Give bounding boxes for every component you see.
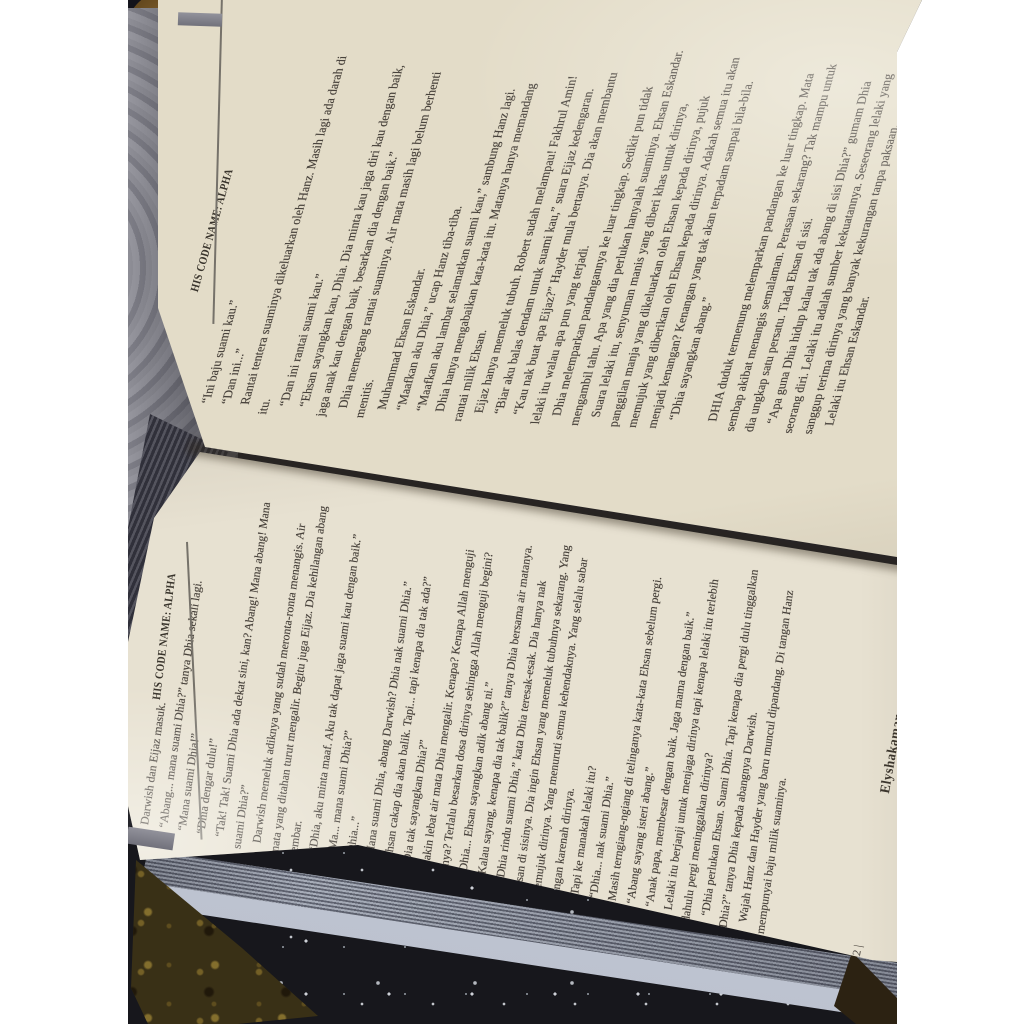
- right-page-edge-tab: [178, 12, 222, 27]
- right-page-header-title: HIS CODE NAME: ALPHA: [189, 167, 236, 293]
- author-name: Elyshakaman: [878, 712, 908, 795]
- photo-backdrop: Darwish dan Eijaz masuk. “Abang... mana …: [0, 0, 1024, 1024]
- right-page-header-rule: [212, 0, 222, 324]
- right-page-text: “Ini baju suami kau.” “Dan ini...” Ranta…: [194, 0, 965, 435]
- book-photo: Darwish dan Eijaz masuk. “Abang... mana …: [0, 0, 1024, 1024]
